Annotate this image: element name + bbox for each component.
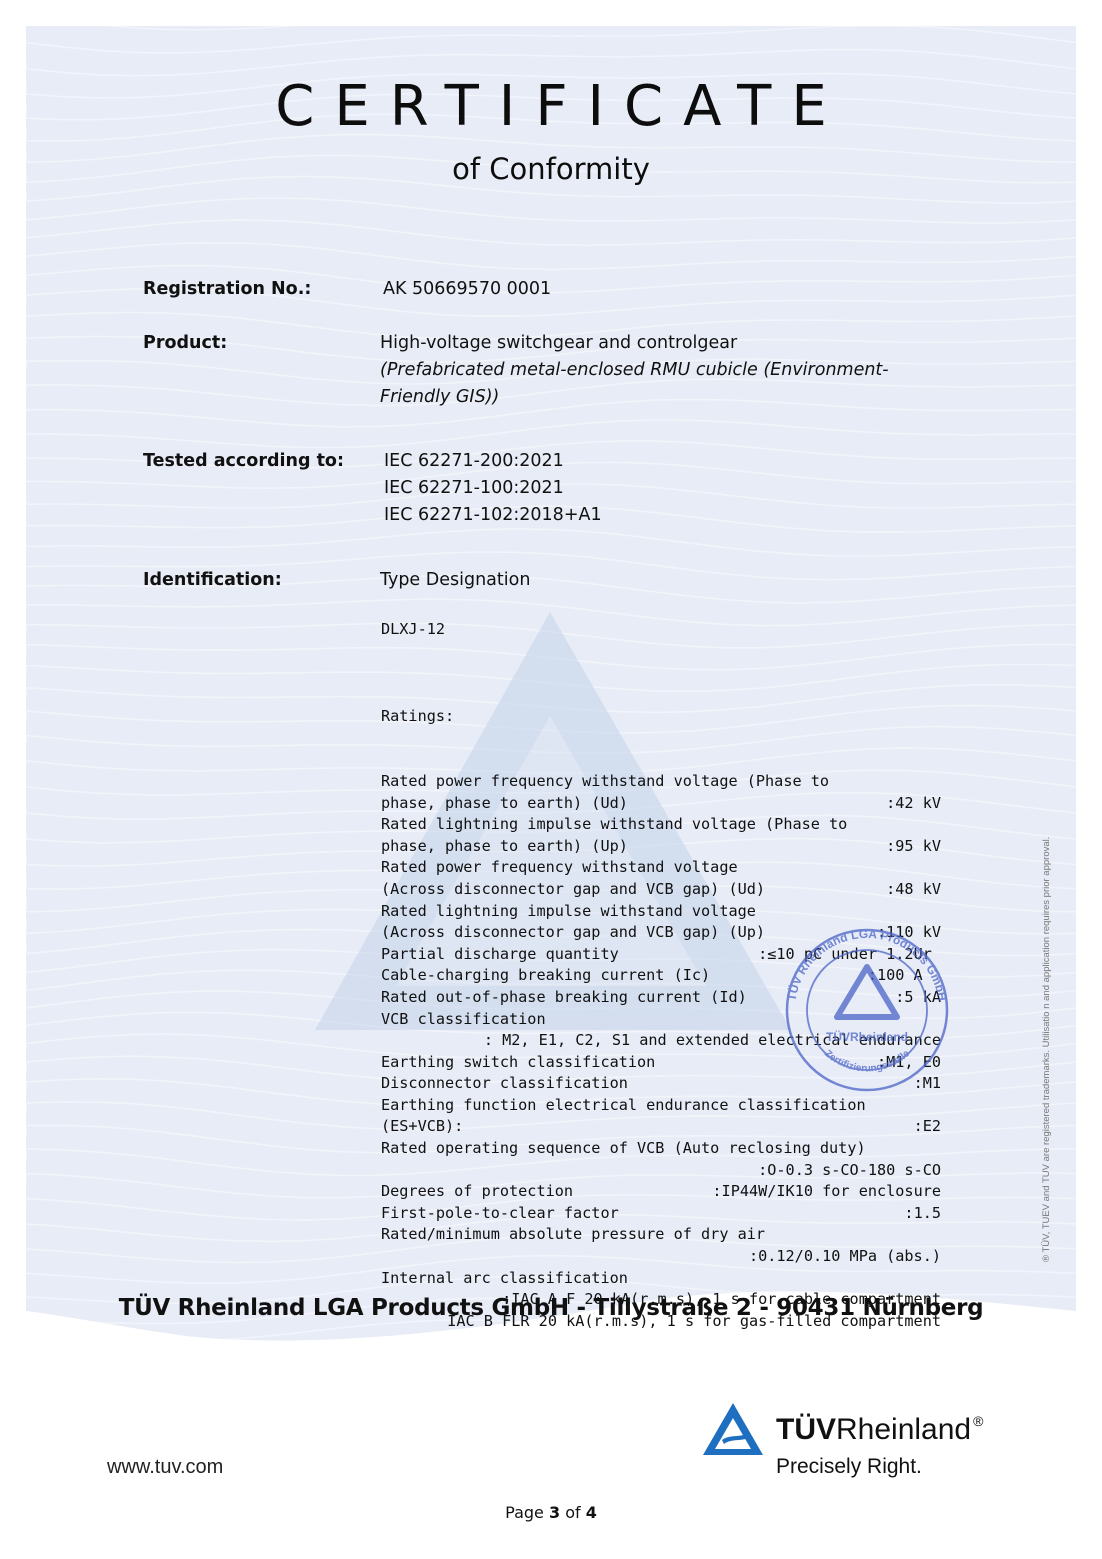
rating-row: phase, phase to earth) (Ud):42 kV bbox=[381, 793, 941, 815]
page-number: Page 3 of 4 bbox=[0, 1503, 1102, 1522]
svg-text:Zertifizierungsstelle: Zertifizierungsstelle bbox=[822, 1048, 912, 1075]
rating-label: (Across disconnector gap and VCB gap) (U… bbox=[381, 922, 765, 944]
rating-label: First-pole-to-clear factor bbox=[381, 1203, 619, 1225]
rating-value: :E2 bbox=[914, 1116, 941, 1138]
rating-label: Rated lightning impulse withstand voltag… bbox=[381, 901, 756, 923]
rating-label: Earthing function electrical endurance c… bbox=[381, 1095, 866, 1117]
rating-value: :95 kV bbox=[886, 836, 941, 858]
rating-value: :48 kV bbox=[886, 879, 941, 901]
rating-row: Rated lightning impulse withstand voltag… bbox=[381, 901, 941, 923]
rating-label: Cable-charging breaking current (Ic) bbox=[381, 965, 710, 987]
certification-stamp-icon: TÜV Rheinland LGA Products GmbH Zertifiz… bbox=[775, 925, 960, 1095]
rating-label: Rated lightning impulse withstand voltag… bbox=[381, 814, 847, 836]
rating-row: Rated operating sequence of VCB (Auto re… bbox=[381, 1138, 941, 1160]
rating-label: (ES+VCB): bbox=[381, 1116, 463, 1138]
tuv-logo-triangle-icon bbox=[700, 1400, 766, 1458]
product-label: Product: bbox=[143, 333, 227, 353]
rating-label: Rated operating sequence of VCB (Auto re… bbox=[381, 1138, 866, 1160]
rating-row: :O-0.3 s-CO-180 s-CO bbox=[381, 1160, 941, 1182]
rating-row: Rated power frequency withstand voltage … bbox=[381, 771, 941, 793]
rating-row: Earthing function electrical endurance c… bbox=[381, 1095, 941, 1117]
standard-3: IEC 62271-102:2018+A1 bbox=[384, 502, 602, 529]
rating-label: Degrees of protection bbox=[381, 1181, 573, 1203]
rating-row: Rated/minimum absolute pressure of dry a… bbox=[381, 1224, 941, 1246]
rating-value: :1.5 bbox=[904, 1203, 941, 1225]
rating-label: Rated out-of-phase breaking current (Id) bbox=[381, 987, 747, 1009]
logo-tagline: Precisely Right. bbox=[776, 1455, 922, 1479]
rating-row: (ES+VCB)::E2 bbox=[381, 1116, 941, 1138]
rating-label: Internal arc classification bbox=[381, 1268, 628, 1290]
trademark-note: ® TÜV, TUEV and TUV are registered trade… bbox=[1041, 837, 1052, 1262]
rating-label: Partial discharge quantity bbox=[381, 944, 619, 966]
identification-label: Identification: bbox=[143, 570, 282, 590]
rating-value: :0.12/0.10 MPa (abs.) bbox=[749, 1246, 941, 1268]
rating-label: Rated power frequency withstand voltage … bbox=[381, 771, 829, 793]
certificate-subtitle: of Conformity bbox=[0, 152, 1102, 186]
product-name: High-voltage switchgear and controlgear bbox=[380, 330, 737, 357]
rating-label: Rated/minimum absolute pressure of dry a… bbox=[381, 1224, 765, 1246]
ratings-heading: Ratings: bbox=[381, 706, 941, 728]
standard-1: IEC 62271-200:2021 bbox=[384, 448, 564, 475]
website-link[interactable]: www.tuv.com bbox=[107, 1456, 223, 1479]
product-detail-line2: Friendly GIS)) bbox=[380, 384, 499, 411]
rating-label: (Across disconnector gap and VCB gap) (U… bbox=[381, 879, 765, 901]
rating-value: :42 kV bbox=[886, 793, 941, 815]
rating-label: phase, phase to earth) (Up) bbox=[381, 836, 628, 858]
rating-row: Degrees of protection:IP44W/IK10 for enc… bbox=[381, 1181, 941, 1203]
rating-row: phase, phase to earth) (Up):95 kV bbox=[381, 836, 941, 858]
type-designation: DLXJ-12 bbox=[381, 619, 941, 641]
registration-label: Registration No.: bbox=[143, 279, 311, 299]
rating-row: (Across disconnector gap and VCB gap) (U… bbox=[381, 879, 941, 901]
rating-label: phase, phase to earth) (Ud) bbox=[381, 793, 628, 815]
rating-value: :O-0.3 s-CO-180 s-CO bbox=[758, 1160, 941, 1182]
registration-number: AK 50669570 0001 bbox=[383, 276, 551, 303]
rating-label: Rated power frequency withstand voltage bbox=[381, 857, 738, 879]
rating-label: Earthing switch classification bbox=[381, 1052, 655, 1074]
svg-text:TÜVRheinland: TÜVRheinland bbox=[826, 1029, 908, 1044]
tested-label: Tested according to: bbox=[143, 451, 344, 471]
rating-row: First-pole-to-clear factor:1.5 bbox=[381, 1203, 941, 1225]
tuv-rheinland-logo: TÜVRheinland® bbox=[776, 1413, 983, 1447]
rating-row: Rated lightning impulse withstand voltag… bbox=[381, 814, 941, 836]
rating-row: :0.12/0.10 MPa (abs.) bbox=[381, 1246, 941, 1268]
issuer-address: TÜV Rheinland LGA Products GmbH - Tillys… bbox=[0, 1295, 1102, 1321]
standard-2: IEC 62271-100:2021 bbox=[384, 475, 564, 502]
certificate-title: CERTIFICATE bbox=[0, 74, 1102, 139]
rating-row: Internal arc classification bbox=[381, 1268, 941, 1290]
rating-row: Rated power frequency withstand voltage bbox=[381, 857, 941, 879]
product-detail-line1: (Prefabricated metal-enclosed RMU cubicl… bbox=[380, 357, 889, 384]
rating-label: VCB classification bbox=[381, 1009, 546, 1031]
type-designation-label: Type Designation bbox=[380, 567, 530, 594]
rating-label: Disconnector classification bbox=[381, 1073, 628, 1095]
rating-value: :IP44W/IK10 for enclosure bbox=[712, 1181, 941, 1203]
